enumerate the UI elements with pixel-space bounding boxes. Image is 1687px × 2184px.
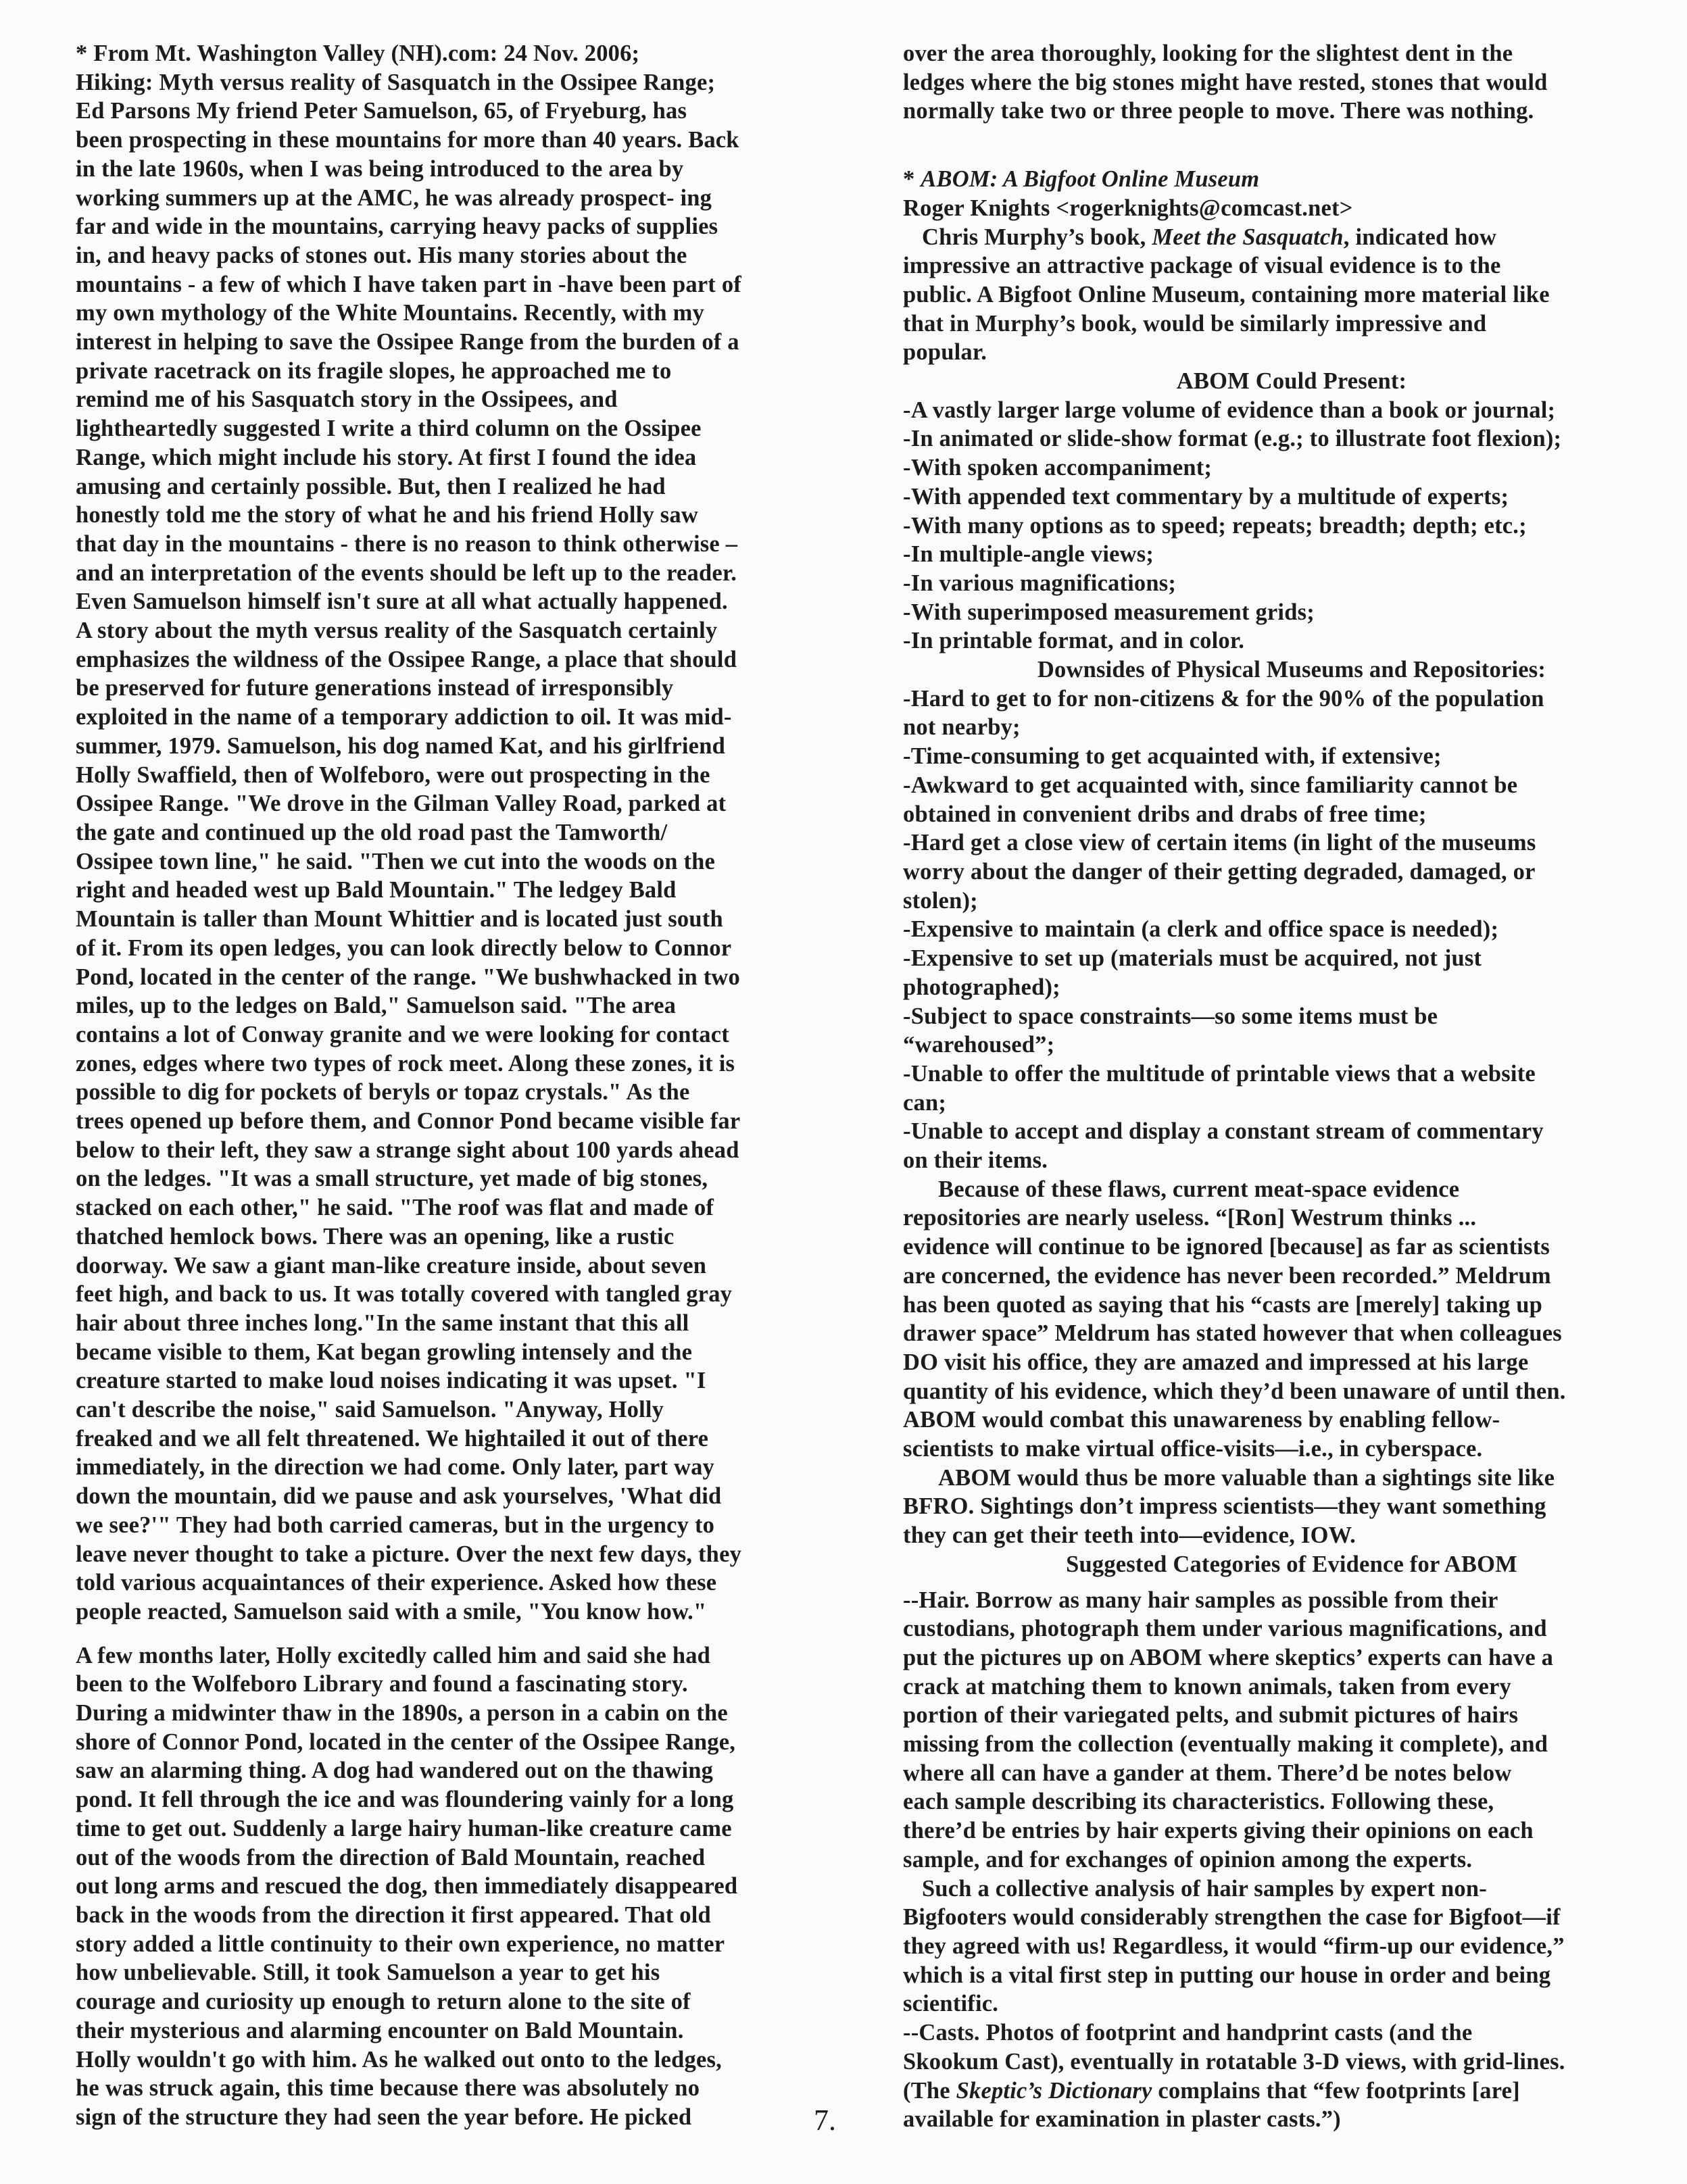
- text-line: put the pictures up on ABOM where skepti…: [903, 1643, 1680, 1672]
- text-line: emphasizes the wildness of the Ossipee R…: [76, 645, 1035, 674]
- text-line: freaked and we all felt threatened. We h…: [76, 1424, 1035, 1454]
- text-line: pond. It fell through the ice and was fl…: [76, 1785, 1035, 1814]
- text-line: scientific.: [903, 1989, 1680, 2018]
- text-line: --Casts. Photos of footprint and handpri…: [903, 2018, 1680, 2048]
- text-line: Ossipee Range. "We drove in the Gilman V…: [76, 789, 1035, 818]
- text-line: sign of the structure they had seen the …: [76, 2103, 1035, 2132]
- text-line: repositories are nearly useless. “[Ron] …: [903, 1203, 1680, 1233]
- text-line: A story about the myth versus reality of…: [76, 616, 1035, 645]
- text-line: how unbelievable. Still, it took Samuels…: [76, 1958, 1035, 1987]
- flaws-paragraph: Because of these flaws, current meat-spa…: [903, 1175, 1680, 1464]
- page-number: 7.: [814, 2103, 836, 2137]
- text-line: scientists to make virtual office-visits…: [903, 1435, 1680, 1464]
- text-line: lightheartedly suggested I write a third…: [76, 414, 1035, 443]
- text-line: leave never thought to take a picture. O…: [76, 1540, 1035, 1569]
- text-line: right and headed west up Bald Mountain."…: [76, 876, 1035, 905]
- text-line: can;: [903, 1089, 1680, 1118]
- text-line: where all can have a gander at them. The…: [903, 1759, 1680, 1788]
- text-line: -In animated or slide-show format (e.g.;…: [903, 424, 1680, 453]
- text-line: A few months later, Holly excitedly call…: [76, 1641, 1035, 1670]
- text-line: out long arms and rescued the dog, then …: [76, 1872, 1035, 1901]
- could-present-list: -A vastly larger large volume of evidenc…: [903, 396, 1680, 655]
- text-line: possible to dig for pockets of beryls or…: [76, 1078, 1035, 1107]
- text-line: doorway. We saw a giant man-like creatur…: [76, 1251, 1035, 1281]
- skeptics-dictionary-title: Skeptic’s Dictionary: [956, 2078, 1152, 2104]
- intro-first-line: Chris Murphy’s book, Meet the Sasquatch,…: [903, 223, 1680, 252]
- text-line: ledges where the big stones might have r…: [903, 68, 1680, 97]
- text-line: miles, up to the ledges on Bald," Samuel…: [76, 991, 1035, 1020]
- text-line: Mountain is taller than Mount Whittier a…: [76, 905, 1035, 934]
- text-line: shore of Connor Pond, located in the cen…: [76, 1728, 1035, 1757]
- text-line: became visible to them, Kat began growli…: [76, 1338, 1035, 1367]
- article-sasquatch-continuation: A few months later, Holly excitedly call…: [76, 1641, 1035, 2132]
- text-line: which is a vital first step in putting o…: [903, 1961, 1680, 1990]
- text-line: we see?'" They had both carried cameras,…: [76, 1511, 1035, 1540]
- text-line: on the ledges. "It was a small structure…: [76, 1164, 1035, 1193]
- text-line: Skookum Cast), eventually in rotatable 3…: [903, 2048, 1680, 2077]
- text-line: he was struck again, this time because t…: [76, 2074, 1035, 2103]
- text-line: feet high, and back to us. It was totall…: [76, 1280, 1035, 1309]
- text-line: -Expensive to set up (materials must be …: [903, 944, 1680, 973]
- text-line: out of the woods from the direction of B…: [76, 1843, 1035, 1872]
- text-line: custodians, photograph them under variou…: [903, 1614, 1680, 1643]
- text-line: Bigfooters would considerably strengthen…: [903, 1903, 1680, 1932]
- text-line: -With appended text commentary by a mult…: [903, 482, 1680, 512]
- text-line: sample, and for exchanges of opinion amo…: [903, 1845, 1680, 1875]
- casts-quote-line: (The Skeptic’s Dictionary complains that…: [903, 2077, 1680, 2106]
- hair-category: --Hair. Borrow as many hair samples as p…: [903, 1586, 1680, 1875]
- text-line: popular.: [903, 338, 1680, 367]
- text-line: people reacted, Samuelson said with a sm…: [76, 1597, 1035, 1627]
- text-line: each sample describing its characteristi…: [903, 1787, 1680, 1816]
- text-line: -Subject to space constraints—so some it…: [903, 1002, 1680, 1031]
- text-line: Holly wouldn't go with him. As he walked…: [76, 2045, 1035, 2075]
- text-line: quantity of his evidence, which they’d b…: [903, 1377, 1680, 1406]
- text-line: been to the Wolfeboro Library and found …: [76, 1670, 1035, 1699]
- byline: Roger Knights <rogerknights@comcast.net>: [903, 194, 1680, 223]
- text-line: trees opened up before them, and Connor …: [76, 1107, 1035, 1136]
- text-line: thatched hemlock bows. There was an open…: [76, 1222, 1035, 1251]
- text-line: BFRO. Sightings don’t impress scientists…: [903, 1492, 1680, 1521]
- text-line: of it. From its open ledges, you can loo…: [76, 934, 1035, 963]
- text-line: over the area thoroughly, looking for th…: [903, 39, 1680, 68]
- text-line: story added a little continuity to their…: [76, 1930, 1035, 1959]
- text-line: worry about the danger of their getting …: [903, 858, 1680, 887]
- text-line: zones, edges where two types of rock mee…: [76, 1049, 1035, 1078]
- text-line: told various acquaintances of their expe…: [76, 1568, 1035, 1597]
- text-line: During a midwinter thaw in the 1890s, a …: [76, 1699, 1035, 1728]
- text-line: -With spoken accompaniment;: [903, 453, 1680, 482]
- abom-article: * ABOM: A Bigfoot Online Museum Roger Kn…: [903, 165, 1680, 2134]
- text-line: far and wide in the mountains, carrying …: [76, 212, 1035, 241]
- text-line: they can get their teeth into—evidence, …: [903, 1521, 1680, 1550]
- bfro-paragraph: ABOM would thus be more valuable than a …: [903, 1464, 1680, 1550]
- text-line: -Unable to accept and display a constant…: [903, 1117, 1680, 1146]
- text-line: Range, which might include his story. At…: [76, 443, 1035, 472]
- text-line: -A vastly larger large volume of evidenc…: [903, 396, 1680, 425]
- text-line: below to their left, they saw a strange …: [76, 1136, 1035, 1165]
- text-line: evidence will continue to be ignored [be…: [903, 1233, 1680, 1262]
- text-line: time to get out. Suddenly a large hairy …: [76, 1814, 1035, 1843]
- text-line: can't describe the noise," said Samuelso…: [76, 1395, 1035, 1424]
- text-line: stacked on each other," he said. "The ro…: [76, 1193, 1035, 1222]
- text-line: in, and heavy packs of stones out. His m…: [76, 241, 1035, 270]
- text-line: --Hair. Borrow as many hair samples as p…: [903, 1586, 1680, 1615]
- text-line: down the mountain, did we pause and ask …: [76, 1482, 1035, 1511]
- downsides-heading: Downsides of Physical Museums and Reposi…: [903, 655, 1680, 685]
- text-line: mountains - a few of which I have taken …: [76, 270, 1035, 299]
- text-line: their mysterious and alarming encounter …: [76, 2016, 1035, 2045]
- text-line: ABOM would combat this unawareness by en…: [903, 1406, 1680, 1435]
- text-line: -Time-consuming to get acquainted with, …: [903, 742, 1680, 771]
- text-line: are concerned, the evidence has never be…: [903, 1262, 1680, 1291]
- text-line: interest in helping to save the Ossipee …: [76, 328, 1035, 357]
- intro-paragraph: impressive an attractive package of visu…: [903, 251, 1680, 367]
- text-line: Such a collective analysis of hair sampl…: [903, 1875, 1680, 1904]
- text-line: back in the woods from the direction it …: [76, 1901, 1035, 1930]
- text-line: the gate and continued up the old road p…: [76, 818, 1035, 847]
- casts-category: --Casts. Photos of footprint and handpri…: [903, 2018, 1680, 2076]
- text-line: Because of these flaws, current meat-spa…: [903, 1175, 1680, 1204]
- text-line: be preserved for future generations inst…: [76, 674, 1035, 703]
- book-title: Meet the Sasquatch: [1152, 224, 1343, 250]
- text-line: they agreed with us! Regardless, it woul…: [903, 1932, 1680, 1961]
- text-line: -With many options as to speed; repeats;…: [903, 512, 1680, 541]
- text-line: “warehoused”;: [903, 1031, 1680, 1060]
- text-line: immediately, in the direction we had com…: [76, 1453, 1035, 1482]
- text-line: stolen);: [903, 887, 1680, 916]
- downsides-list: -Hard to get to for non-citizens & for t…: [903, 685, 1680, 1175]
- text-line: Even Samuelson himself isn't sure at all…: [76, 587, 1035, 616]
- text-line: impressive an attractive package of visu…: [903, 251, 1680, 280]
- text-line: -Unable to offer the multitude of printa…: [903, 1060, 1680, 1089]
- text-line: remind me of his Sasquatch story in the …: [76, 385, 1035, 414]
- text-line: crack at matching them to known animals,…: [903, 1672, 1680, 1702]
- text-line: -With superimposed measurement grids;: [903, 598, 1680, 627]
- text-line: public. A Bigfoot Online Museum, contain…: [903, 280, 1680, 309]
- text-line: ABOM would thus be more valuable than a …: [903, 1464, 1680, 1493]
- text-line: -Hard get a close view of certain items …: [903, 828, 1680, 858]
- text-line: normally take two or three people to mov…: [903, 97, 1680, 126]
- text-line: missing from the collection (eventually …: [903, 1730, 1680, 1759]
- text-line: not nearby;: [903, 713, 1680, 742]
- text-line: summer, 1979. Samuelson, his dog named K…: [76, 732, 1035, 761]
- text-line: drawer space” Meldrum has stated however…: [903, 1319, 1680, 1348]
- text-line: there’d be entries by hair experts givin…: [903, 1816, 1680, 1845]
- text-line: honestly told me the story of what he an…: [76, 501, 1035, 530]
- text-line: on their items.: [903, 1146, 1680, 1175]
- text-line: saw an alarming thing. A dog had wandere…: [76, 1756, 1035, 1785]
- text-line: * From Mt. Washington Valley (NH).com: 2…: [76, 39, 1035, 68]
- text-line: working summers up at the AMC, he was al…: [76, 184, 1035, 213]
- casts-quote-end: available for examination in plaster cas…: [903, 2105, 1680, 2134]
- text-line: Pond, located in the center of the range…: [76, 963, 1035, 992]
- text-line: my own mythology of the White Mountains.…: [76, 299, 1035, 328]
- article-title: * ABOM: A Bigfoot Online Museum: [903, 165, 1680, 194]
- text-line: that in Murphy’s book, would be similarl…: [903, 309, 1680, 339]
- text-line: and an interpretation of the events shou…: [76, 559, 1035, 588]
- collective-analysis-paragraph: Such a collective analysis of hair sampl…: [903, 1875, 1680, 2019]
- text-line: -Hard to get to for non-citizens & for t…: [903, 685, 1680, 714]
- text-line: -Awkward to get acquainted with, since f…: [903, 771, 1680, 800]
- left-column: * From Mt. Washington Valley (NH).com: 2…: [76, 39, 1035, 2132]
- text-line: private racetrack on its fragile slopes,…: [76, 357, 1035, 386]
- text-line: Ossipee town line," he said. "Then we cu…: [76, 847, 1035, 876]
- text-line: DO visit his office, they are amazed and…: [903, 1348, 1680, 1377]
- text-line: -Expensive to maintain (a clerk and offi…: [903, 915, 1680, 944]
- text-line: Hiking: Myth versus reality of Sasquatch…: [76, 68, 1035, 97]
- text-line: courage and curiosity up enough to retur…: [76, 1987, 1035, 2016]
- text-line: that day in the mountains - there is no …: [76, 530, 1035, 559]
- text-line: obtained in convenient dribs and drabs o…: [903, 800, 1680, 829]
- right-column: over the area thoroughly, looking for th…: [903, 39, 1680, 2134]
- categories-heading: Suggested Categories of Evidence for ABO…: [903, 1550, 1680, 1579]
- could-present-heading: ABOM Could Present:: [903, 367, 1680, 396]
- text-line: -In printable format, and in color.: [903, 626, 1680, 655]
- article-sasquatch-ending: over the area thoroughly, looking for th…: [903, 39, 1680, 126]
- text-line: exploited in the name of a temporary add…: [76, 703, 1035, 732]
- text-line: hair about three inches long."In the sam…: [76, 1309, 1035, 1338]
- article-sasquatch-ossipee: * From Mt. Washington Valley (NH).com: 2…: [76, 39, 1035, 1627]
- text-line: has been quoted as saying that his “cast…: [903, 1291, 1680, 1320]
- text-line: -In multiple-angle views;: [903, 540, 1680, 569]
- text-line: in the late 1960s, when I was being intr…: [76, 155, 1035, 184]
- text-line: Holly Swaffield, then of Wolfeboro, were…: [76, 761, 1035, 790]
- text-line: -In various magnifications;: [903, 569, 1680, 598]
- text-line: contains a lot of Conway granite and we …: [76, 1020, 1035, 1049]
- text-line: photographed);: [903, 973, 1680, 1002]
- text-line: creature started to make loud noises ind…: [76, 1366, 1035, 1395]
- article-title-text: ABOM: A Bigfoot Online Museum: [921, 166, 1259, 192]
- text-line: been prospecting in these mountains for …: [76, 126, 1035, 155]
- text-line: Ed Parsons My friend Peter Samuelson, 65…: [76, 97, 1035, 126]
- text-line: portion of their variegated pelts, and s…: [903, 1701, 1680, 1730]
- text-line: amusing and certainly possible. But, the…: [76, 472, 1035, 501]
